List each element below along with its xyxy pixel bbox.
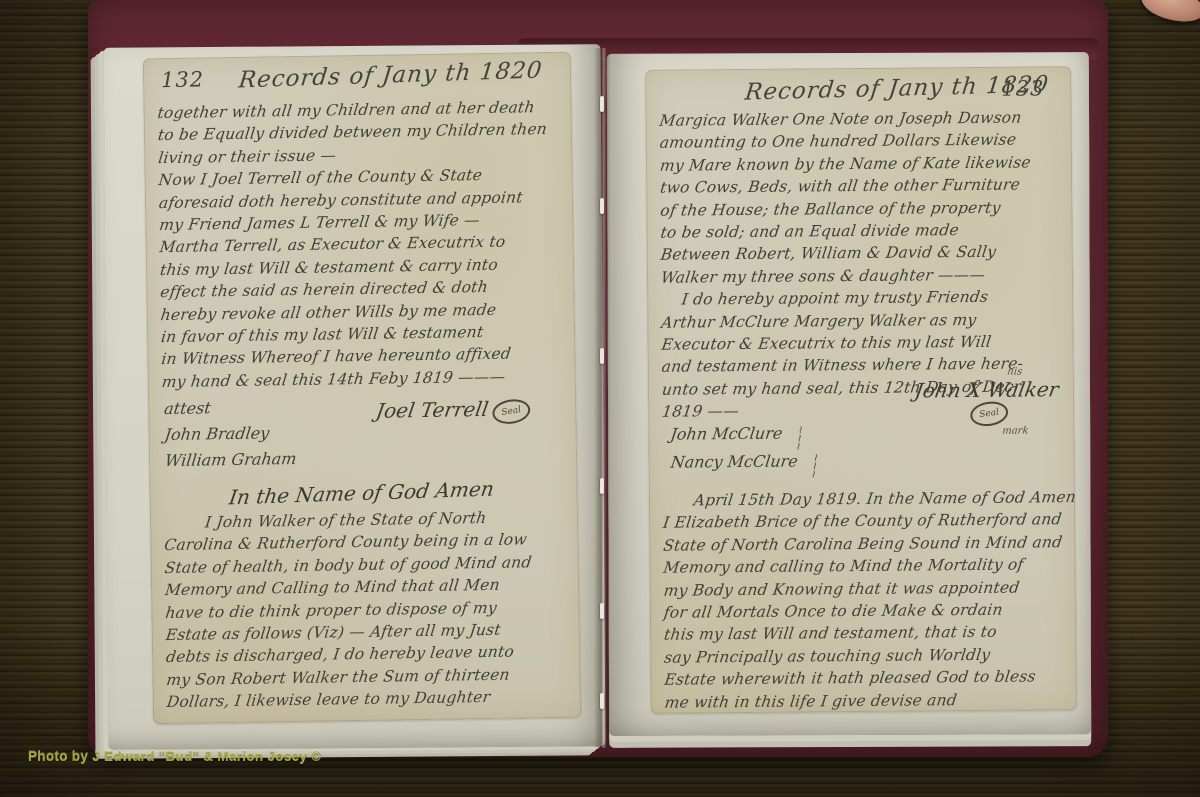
flourish-mark: ~~~	[785, 425, 814, 450]
left-signature-block: Joel TerrellSeal	[376, 396, 530, 425]
stitch-thread	[600, 693, 604, 709]
seal-scribble-icon: Seal	[491, 396, 532, 426]
stitch-thread	[600, 603, 604, 619]
right-section-text: April 15th Day 1819. In the Name of God …	[663, 486, 1067, 714]
photographer-watermark: Photo by J Edward "Bud" & Marion Josey ©	[28, 749, 322, 764]
right-witness-block: John McClure ~~~ Nancy McClure ~~~	[670, 418, 1064, 477]
left-page-number: 132	[161, 67, 204, 92]
stitch-thread	[600, 198, 604, 214]
stitch-thread	[600, 478, 604, 494]
right-page-number: 133	[1001, 76, 1044, 100]
handwritten-line: Estate wherewith it hath pleased God to …	[663, 665, 1068, 691]
handwritten-line: amounting to One hundred Dollars Likewis…	[658, 129, 1063, 155]
binding-gutter	[594, 48, 610, 748]
handwritten-line: I do hereby appoint my trusty Friends	[660, 285, 1065, 311]
handwritten-line: this my last Will and testament, that is…	[663, 621, 1068, 647]
handwritten-line: Between Robert, William & David & Sally	[659, 241, 1064, 267]
left-section-text: I John Walker of the State of NorthCarol…	[164, 506, 571, 714]
left-handwritten-sheet: 132 Records of Jany th 1820 together wit…	[143, 52, 581, 725]
testator-signature: Joel Terrell	[374, 397, 490, 423]
left-header-title: Records of Jany th 1820	[237, 57, 543, 93]
handwritten-line: Memory and calling to Mind the Mortality…	[662, 553, 1067, 579]
left-page: 132 Records of Jany th 1820 together wit…	[104, 44, 606, 749]
handwritten-line: Dollars, I likewise leave to my Daughter	[165, 685, 572, 714]
left-section-heading: In the Name of God Amen	[228, 477, 496, 510]
handwritten-line: two Cows, Beds, with all the other Furni…	[659, 173, 1064, 199]
handwritten-line: I Elizabeth Brice of the County of Ruthe…	[662, 509, 1067, 535]
left-witness-list: John BradleyWilliam Graham	[164, 416, 567, 474]
stitch-thread	[600, 96, 604, 112]
flourish-mark: ~~~	[800, 453, 829, 478]
left-body-text: together with all my Children and at her…	[157, 96, 566, 394]
handwritten-line: William Graham	[163, 442, 568, 474]
witness-name: John McClure ~~~	[669, 418, 1067, 449]
left-page-header: 132 Records of Jany th 1820	[143, 60, 571, 101]
record-book: 132 Records of Jany th 1820 together wit…	[88, 0, 1108, 757]
walker-signature: John X Walker	[913, 377, 1060, 402]
witness-name: Nancy McClure ~~~	[669, 446, 1067, 477]
handwritten-line: me with in this life I give devise and	[663, 688, 1068, 714]
right-page: Records of Jany th 1820 133 Margica Walk…	[607, 52, 1091, 736]
stitch-thread	[600, 348, 604, 364]
right-handwritten-sheet: Records of Jany th 1820 133 Margica Walk…	[645, 66, 1077, 714]
